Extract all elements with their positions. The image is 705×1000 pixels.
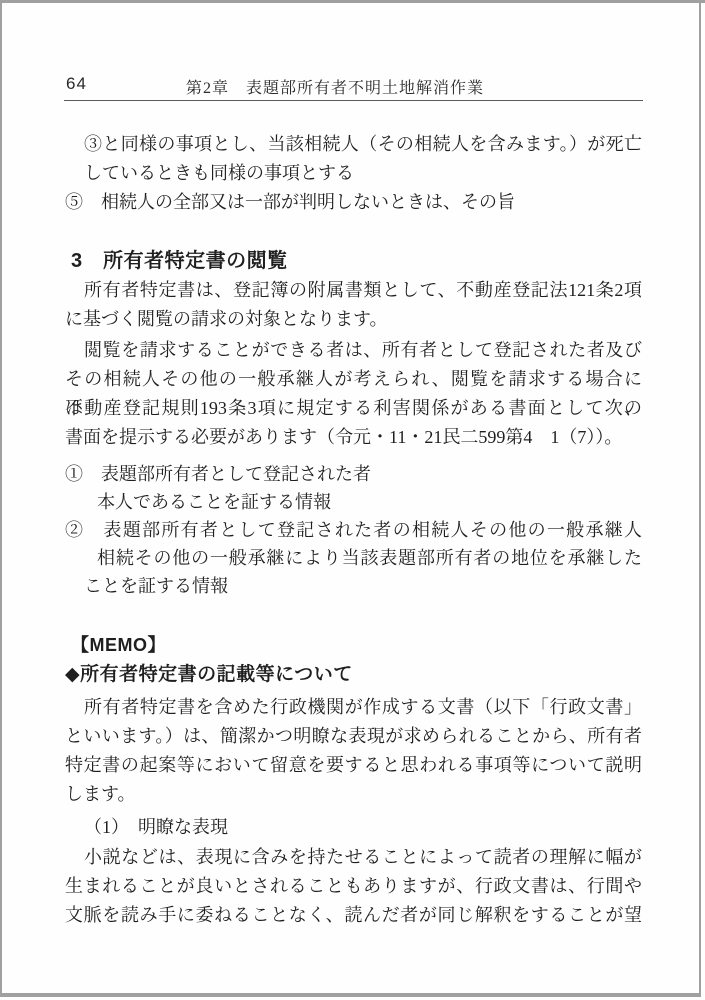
body-line: その相続人その他の一般承継人が考えられ、閲覧を請求する場合には、 [65, 365, 642, 394]
body-line: します。 [65, 780, 642, 809]
section-heading: 3 所有者特定書の閲覧 [71, 247, 648, 276]
body-line: 特定書の起案等において留意を要すると思われる事項等について説明 [65, 751, 642, 780]
chapter-running-head: 第2章 表題部所有者不明土地解消作業 [186, 75, 484, 98]
memo-label: 【MEMO】 [71, 631, 648, 660]
list-item-1-detail: 本人であることを証する情報 [97, 488, 642, 517]
body-line: 所有者特定書を含めた行政機関が作成する文書（以下「行政文書」 [84, 693, 642, 722]
memo-sub-heading: （1） 明瞭な表現 [84, 813, 642, 842]
body-line: 文脈を読み手に委ねることなく、読んだ者が同じ解釈をすることが望 [65, 901, 642, 930]
body-line: 閲覧を請求することができる者は、所有者として登記された者及び [84, 336, 642, 365]
body-line: 書面を提示する必要があります（令元・11・21民二599第4 1（7））。 [65, 423, 642, 452]
body-line: 生まれることが良いとされることもありますが、行政文書は、行間や [65, 872, 642, 901]
body-line: 小説などは、表現に含みを持たせることによって読者の理解に幅が [84, 843, 642, 872]
page-number: 64 [66, 74, 87, 94]
body-line: 不動産登記規則193条3項に規定する利害関係がある書面として次の [65, 394, 642, 423]
header-rule [64, 100, 643, 101]
list-item-5: ⑤ 相続人の全部又は一部が判明しないときは、その旨 [65, 188, 642, 217]
body-line: ③と同様の事項とし、当該相続人（その相続人を含みます。）が死亡 [84, 130, 642, 159]
scanned-book-page: 64 第2章 表題部所有者不明土地解消作業 ③と同様の事項とし、当該相続人（その… [0, 0, 705, 1000]
list-item-1: ① 表題部所有者として登記された者 [65, 460, 642, 489]
list-item-2-detail: ことを証する情報 [84, 572, 642, 601]
list-item-2: ② 表題部所有者として登記された者の相続人その他の一般承継人 [65, 516, 642, 545]
body-line: といいます。）は、簡潔かつ明瞭な表現が求められることから、所有者 [65, 722, 642, 751]
scan-edge-right [699, 0, 701, 997]
memo-heading: ◆所有者特定書の記載等について [65, 660, 642, 689]
body-line: しているときも同様の事項とする [84, 159, 642, 188]
scan-edge-top [0, 0, 705, 3]
list-item-2-detail: 相続その他の一般承継により当該表題部所有者の地位を承継した [97, 544, 642, 573]
body-line: に基づく閲覧の請求の対象となります。 [65, 305, 642, 334]
scan-edge-bottom [0, 993, 701, 997]
scan-edge-left [0, 0, 2, 997]
body-line: 所有者特定書は、登記簿の附属書類として、不動産登記法121条2項 [84, 276, 642, 305]
